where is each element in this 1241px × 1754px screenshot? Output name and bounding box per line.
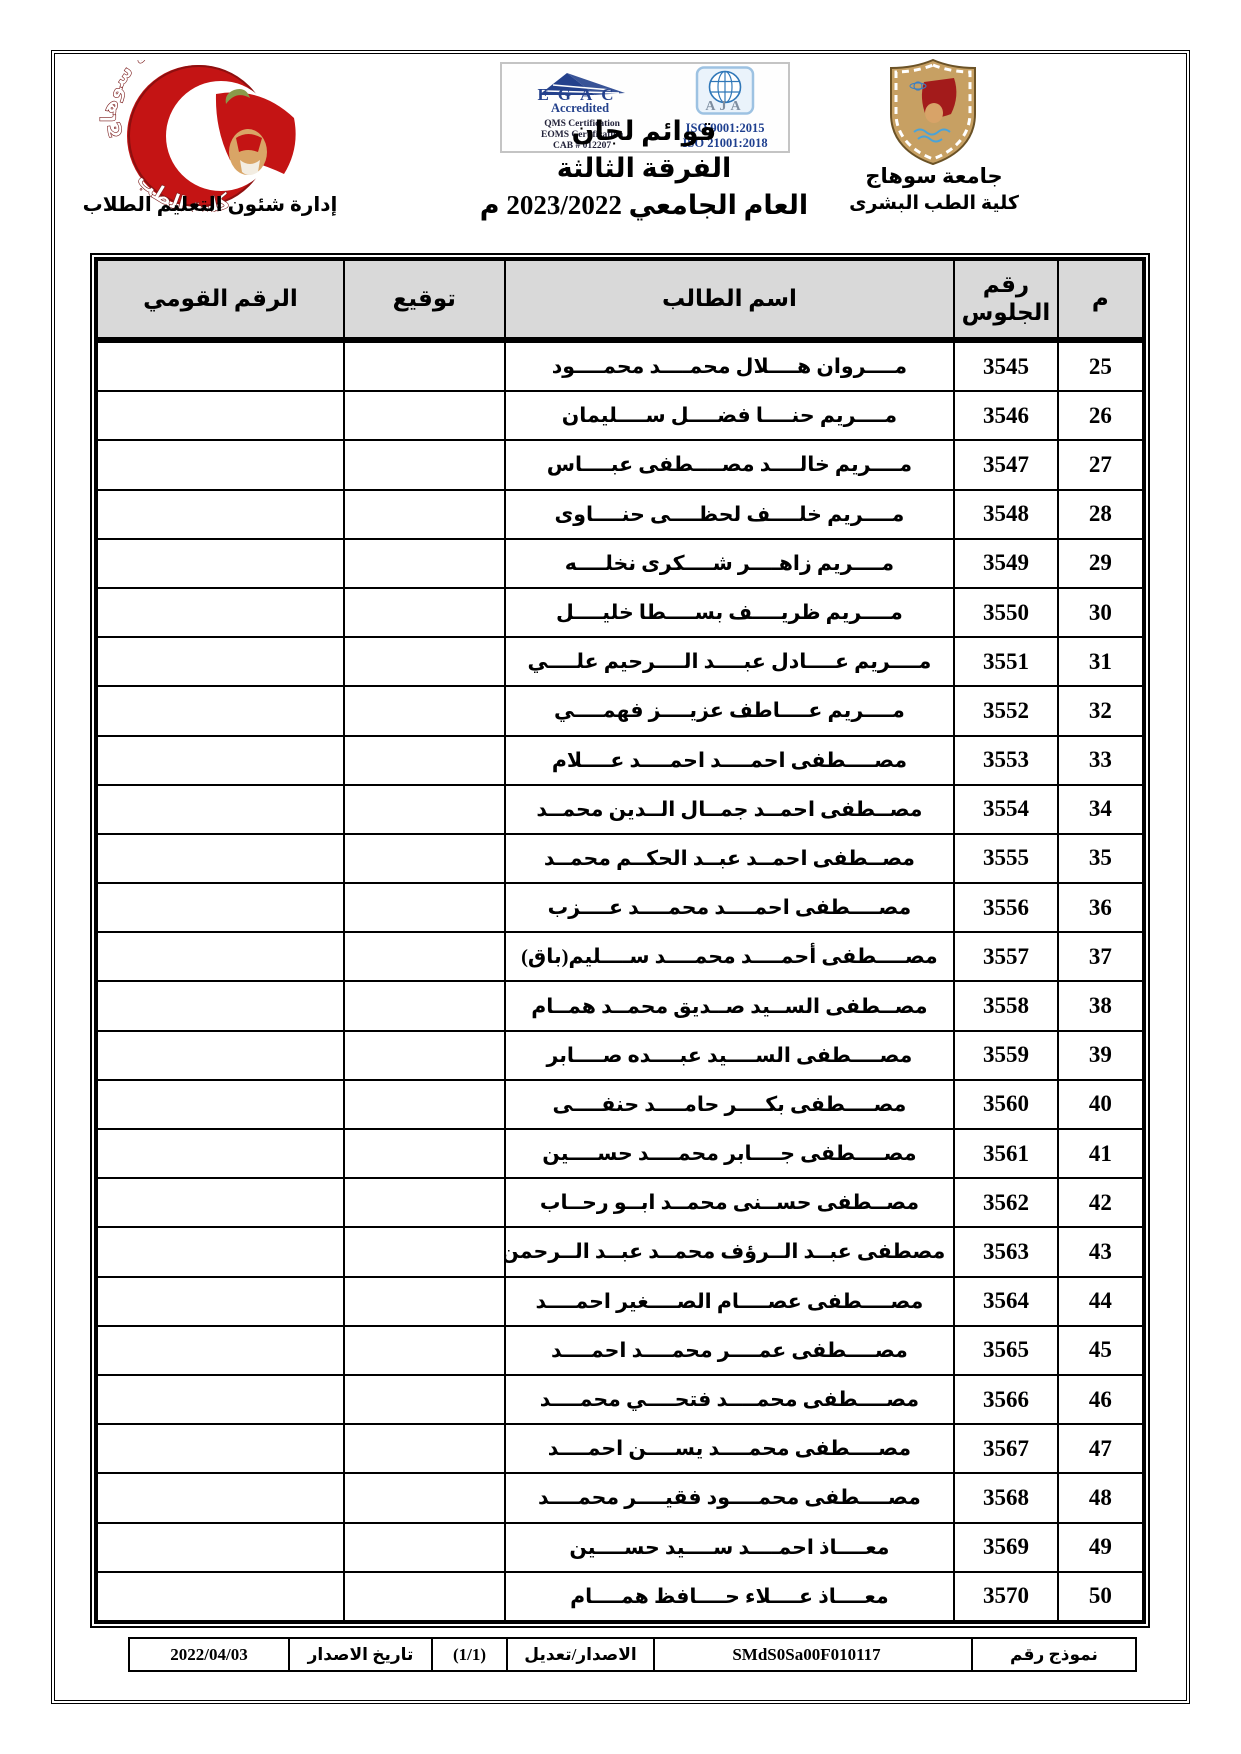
national-id-cell [96, 1129, 344, 1178]
title-line-1: قوائم لجان [400, 113, 888, 150]
national-id-cell [96, 883, 344, 932]
signature-cell [344, 785, 505, 834]
table-row: 41 3561 مصــــطفى جــــابر محمــــد حســ… [96, 1129, 1144, 1178]
student-name: مــــروان هــــلال محمــــد محمــــود [505, 340, 955, 391]
row-index: 27 [1058, 440, 1144, 489]
signature-cell [344, 686, 505, 735]
row-index: 26 [1058, 391, 1144, 440]
student-name: مــــريم خلــــف لحظــــى حنــــاوى [505, 490, 955, 539]
national-id-cell [96, 736, 344, 785]
form-number-value: SMdS0Sa00F010117 [654, 1638, 972, 1671]
student-name: مصــــطفى عصــــام الصــــغير احمــــد [505, 1277, 955, 1326]
seat-number: 3560 [954, 1080, 1057, 1129]
table-row: 49 3569 معــــاذ احمــــد ســــيد حســــ… [96, 1523, 1144, 1572]
signature-cell [344, 490, 505, 539]
row-index: 41 [1058, 1129, 1144, 1178]
signature-cell [344, 1129, 505, 1178]
table-row: 30 3550 مــــريم ظريــــف بســــطا خليــ… [96, 588, 1144, 637]
title-line-2: الفرقة الثالثة [400, 150, 888, 187]
student-name: مــــريم عــــادل عبــــد الــــرحيم علـ… [505, 637, 955, 686]
signature-cell [344, 1572, 505, 1622]
national-id-cell [96, 391, 344, 440]
signature-cell [344, 981, 505, 1030]
col-header-national-id: الرقم القومي [96, 259, 344, 340]
national-id-cell [96, 1080, 344, 1129]
row-index: 44 [1058, 1277, 1144, 1326]
national-id-cell [96, 539, 344, 588]
row-index: 31 [1058, 637, 1144, 686]
seat-number: 3569 [954, 1523, 1057, 1572]
student-name: مــــريم زاهــــر شــــكرى نخلــــه [505, 539, 955, 588]
seat-number: 3552 [954, 686, 1057, 735]
row-index: 28 [1058, 490, 1144, 539]
signature-cell [344, 1523, 505, 1572]
university-name: جامعة سوهاج [828, 164, 1040, 189]
signature-cell [344, 932, 505, 981]
national-id-cell [96, 440, 344, 489]
signature-cell [344, 736, 505, 785]
seat-number: 3563 [954, 1227, 1057, 1276]
row-index: 34 [1058, 785, 1144, 834]
student-name: معــــاذ احمــــد ســــيد حســــين [505, 1523, 955, 1572]
national-id-cell [96, 637, 344, 686]
seat-number: 3553 [954, 736, 1057, 785]
row-index: 39 [1058, 1031, 1144, 1080]
signature-cell [344, 1424, 505, 1473]
signature-cell [344, 1473, 505, 1522]
row-index: 42 [1058, 1178, 1144, 1227]
student-name: مصــــطفى احمــــد احمــــد عــــلام [505, 736, 955, 785]
revision-value: (1/1) [432, 1638, 507, 1671]
national-id-cell [96, 932, 344, 981]
table-row: 25 3545 مــــروان هــــلال محمــــد محمـ… [96, 340, 1144, 391]
national-id-cell [96, 1326, 344, 1375]
row-index: 29 [1058, 539, 1144, 588]
national-id-cell [96, 1227, 344, 1276]
issue-date-value: 2022/04/03 [129, 1638, 289, 1671]
table-row: 39 3559 مصــــطفى الســــيد عبــــده صــ… [96, 1031, 1144, 1080]
col-header-seat-number: رقم الجلوس [954, 259, 1057, 340]
student-name: مصــــطفى جــــابر محمــــد حســــين [505, 1129, 955, 1178]
student-name: مصــطفى احمــد جمــال الــدين محمــد [505, 785, 955, 834]
signature-cell [344, 391, 505, 440]
table-row: 42 3562 مصــطفى حســنى محمــد ابــو رحــ… [96, 1178, 1144, 1227]
seat-number: 3550 [954, 588, 1057, 637]
form-footer-row: نموذج رقم SMdS0Sa00F010117 الاصدار/تعديل… [129, 1638, 1136, 1671]
col-header-signature: توقيع [344, 259, 505, 340]
row-index: 48 [1058, 1473, 1144, 1522]
student-name: معــــاذ عــــلاء حــــافظ همــــام [505, 1572, 955, 1622]
signature-cell [344, 588, 505, 637]
national-id-cell [96, 1031, 344, 1080]
row-index: 46 [1058, 1375, 1144, 1424]
table-row: 31 3551 مــــريم عــــادل عبــــد الــــ… [96, 637, 1144, 686]
student-name: مصــــطفى بكــــر حامــــد حنفــــى [505, 1080, 955, 1129]
seat-number: 3546 [954, 391, 1057, 440]
row-index: 30 [1058, 588, 1144, 637]
national-id-cell [96, 1523, 344, 1572]
committee-table: م رقم الجلوس اسم الطالب توقيع الرقم القو… [94, 257, 1146, 1624]
table-row: 35 3555 مصــطفى احمــد عبــد الحكــم محم… [96, 834, 1144, 883]
seat-number: 3566 [954, 1375, 1057, 1424]
national-id-cell [96, 1572, 344, 1622]
seat-number: 3554 [954, 785, 1057, 834]
national-id-cell [96, 490, 344, 539]
table-row: 38 3558 مصــطفى الســيد صــديق محمــد هم… [96, 981, 1144, 1030]
aja-globe-icon: AJA [680, 66, 770, 116]
table-row: 48 3568 مصــــطفى محمــــود فقيــــر محم… [96, 1473, 1144, 1522]
row-index: 47 [1058, 1424, 1144, 1473]
table-row: 27 3547 مــــريم خالــــد مصــــطفى عبــ… [96, 440, 1144, 489]
seat-number: 3568 [954, 1473, 1057, 1522]
student-name: مصــــطفى محمــــود فقيــــر محمــــد [505, 1473, 955, 1522]
student-name: مصــــطفى محمــــد فتحــــي محمــــد [505, 1375, 955, 1424]
row-index: 40 [1058, 1080, 1144, 1129]
student-name: مــــريم عــــاطف عزيــــز فهمــــي [505, 686, 955, 735]
row-index: 38 [1058, 981, 1144, 1030]
table-row: 46 3566 مصــــطفى محمــــد فتحــــي محمـ… [96, 1375, 1144, 1424]
table-row: 50 3570 معــــاذ عــــلاء حــــافظ همـــ… [96, 1572, 1144, 1622]
table-row: 32 3552 مــــريم عــــاطف عزيــــز فهمــ… [96, 686, 1144, 735]
signature-cell [344, 637, 505, 686]
issue-date-label: تاريخ الاصدار [289, 1638, 432, 1671]
col-header-index: م [1058, 259, 1144, 340]
student-name: مصــطفى احمــد عبــد الحكــم محمــد [505, 834, 955, 883]
col-header-student-name: اسم الطالب [505, 259, 955, 340]
seat-number: 3558 [954, 981, 1057, 1030]
table-row: 37 3557 مصــــطفى أحمــــد محمــــد ســـ… [96, 932, 1144, 981]
row-index: 36 [1058, 883, 1144, 932]
seat-number: 3557 [954, 932, 1057, 981]
title-line-3: العام الجامعي 2023/2022 م [400, 187, 888, 224]
signature-cell [344, 1031, 505, 1080]
seat-number: 3565 [954, 1326, 1057, 1375]
national-id-cell [96, 834, 344, 883]
table-row: 43 3563 مصطفى عبــد الــرؤف محمــد عبــد… [96, 1227, 1144, 1276]
table-row: 44 3564 مصــــطفى عصــــام الصــــغير اح… [96, 1277, 1144, 1326]
signature-cell [344, 440, 505, 489]
form-footer-wrapper: نموذج رقم SMdS0Sa00F010117 الاصدار/تعديل… [128, 1637, 1135, 1672]
table-row: 34 3554 مصــطفى احمــد جمــال الــدين مح… [96, 785, 1144, 834]
committee-table-wrapper: م رقم الجلوس اسم الطالب توقيع الرقم القو… [90, 253, 1150, 1628]
student-name: مصــطفى الســيد صــديق محمــد همــام [505, 981, 955, 1030]
seat-number: 3562 [954, 1178, 1057, 1227]
student-name: مصــــطفى الســــيد عبــــده صــــابر [505, 1031, 955, 1080]
student-name: مصــــطفى محمــــد يســــن احمــــد [505, 1424, 955, 1473]
national-id-cell [96, 1178, 344, 1227]
student-name: مصطفى عبــد الــرؤف محمــد عبــد الــرحم… [505, 1227, 955, 1276]
student-name: مصــــطفى عمــــر محمــــد احمــــد [505, 1326, 955, 1375]
faculty-name: كلية الطب البشرى [828, 192, 1040, 215]
seat-number: 3561 [954, 1129, 1057, 1178]
table-row: 45 3565 مصــــطفى عمــــر محمــــد احمــ… [96, 1326, 1144, 1375]
table-row: 29 3549 مــــريم زاهــــر شــــكرى نخلــ… [96, 539, 1144, 588]
table-header-row: م رقم الجلوس اسم الطالب توقيع الرقم القو… [96, 259, 1144, 340]
signature-cell [344, 1080, 505, 1129]
signature-cell [344, 1178, 505, 1227]
national-id-cell [96, 1473, 344, 1522]
seat-number: 3556 [954, 883, 1057, 932]
national-id-cell [96, 1277, 344, 1326]
seat-number: 3551 [954, 637, 1057, 686]
student-name: مــــريم حنــــا فضــــل ســــليمان [505, 391, 955, 440]
seat-number: 3555 [954, 834, 1057, 883]
signature-cell [344, 1227, 505, 1276]
student-name: مصــطفى حســنى محمــد ابــو رحــاب [505, 1178, 955, 1227]
egac-logo-icon: EGAC Accredited [507, 66, 657, 114]
table-row: 47 3567 مصــــطفى محمــــد يســــن احمــ… [96, 1424, 1144, 1473]
document-title: قوائم لجان الفرقة الثالثة العام الجامعي … [400, 113, 888, 224]
seat-number: 3570 [954, 1572, 1057, 1622]
row-index: 35 [1058, 834, 1144, 883]
national-id-cell [96, 340, 344, 391]
form-footer-table: نموذج رقم SMdS0Sa00F010117 الاصدار/تعديل… [128, 1637, 1137, 1672]
revision-label: الاصدار/تعديل [507, 1638, 654, 1671]
university-shield-logo [876, 56, 990, 168]
table-row: 33 3553 مصــــطفى احمــــد احمــــد عـــ… [96, 736, 1144, 785]
seat-number: 3548 [954, 490, 1057, 539]
national-id-cell [96, 588, 344, 637]
national-id-cell [96, 981, 344, 1030]
signature-cell [344, 1375, 505, 1424]
seat-number: 3545 [954, 340, 1057, 391]
seat-number: 3564 [954, 1277, 1057, 1326]
row-index: 37 [1058, 932, 1144, 981]
seat-number: 3547 [954, 440, 1057, 489]
signature-cell [344, 1277, 505, 1326]
seat-number: 3559 [954, 1031, 1057, 1080]
seat-number: 3567 [954, 1424, 1057, 1473]
table-row: 26 3546 مــــريم حنــــا فضــــل ســــلي… [96, 391, 1144, 440]
table-row: 28 3548 مــــريم خلــــف لحظــــى حنــــ… [96, 490, 1144, 539]
row-index: 49 [1058, 1523, 1144, 1572]
student-name: مصــــطفى أحمــــد محمــــد ســــليم(باق… [505, 932, 955, 981]
signature-cell [344, 1326, 505, 1375]
student-name: مــــريم ظريــــف بســــطا خليــــل [505, 588, 955, 637]
row-index: 43 [1058, 1227, 1144, 1276]
student-table-body: 25 3545 مــــروان هــــلال محمــــد محمـ… [96, 340, 1144, 1622]
faculty-crescent-logo: جامعة سوهاج كلية الطب [98, 60, 312, 212]
seat-number: 3549 [954, 539, 1057, 588]
form-number-label: نموذج رقم [972, 1638, 1136, 1671]
row-index: 25 [1058, 340, 1144, 391]
row-index: 32 [1058, 686, 1144, 735]
department-label: إدارة شئون التعليم الطلاب [70, 192, 350, 217]
national-id-cell [96, 686, 344, 735]
row-index: 50 [1058, 1572, 1144, 1622]
row-index: 33 [1058, 736, 1144, 785]
national-id-cell [96, 1424, 344, 1473]
national-id-cell [96, 1375, 344, 1424]
student-name: مصــــطفى احمــــد محمــــد عــــزب [505, 883, 955, 932]
student-name: مــــريم خالــــد مصــــطفى عبــــاس [505, 440, 955, 489]
signature-cell [344, 834, 505, 883]
signature-cell [344, 340, 505, 391]
signature-cell [344, 539, 505, 588]
row-index: 45 [1058, 1326, 1144, 1375]
table-row: 36 3556 مصــــطفى احمــــد محمــــد عـــ… [96, 883, 1144, 932]
signature-cell [344, 883, 505, 932]
svg-text:AJA: AJA [705, 99, 744, 114]
national-id-cell [96, 785, 344, 834]
table-row: 40 3560 مصــــطفى بكــــر حامــــد حنفــ… [96, 1080, 1144, 1129]
